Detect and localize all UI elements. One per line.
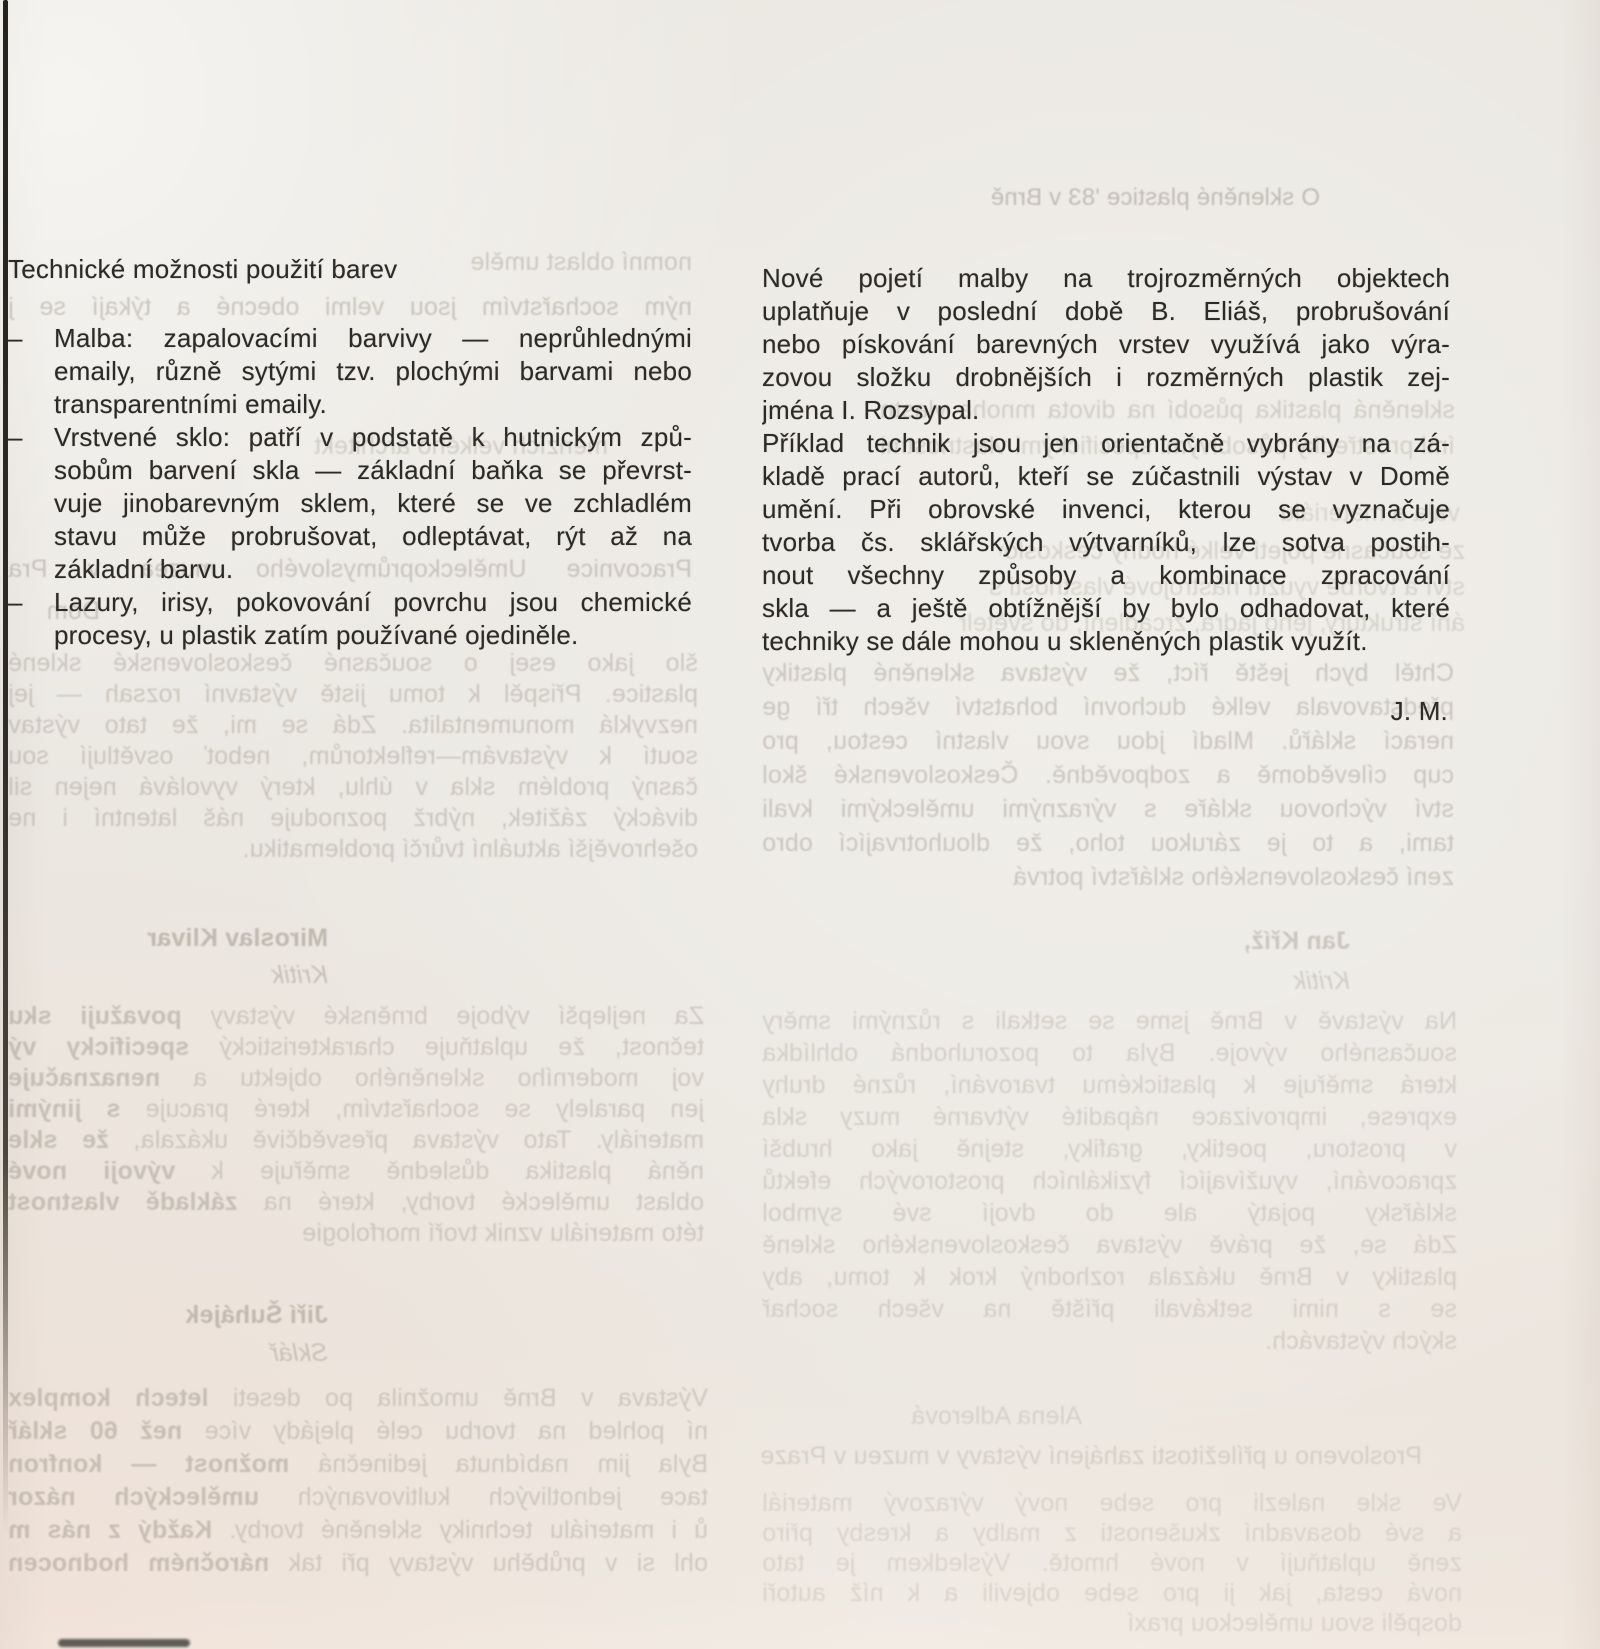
text-line: tace jednotlivých kultivovaných umělecký… [8, 1481, 708, 1514]
text-line: kladě prací autorů, kteří se zúčastnili … [762, 460, 1450, 493]
text-line: tvorba čs. sklářských výtvarníků, lze so… [762, 526, 1450, 559]
text-line: emaily, různě sytými tzv. plochými barva… [8, 355, 692, 388]
text-line: Na výstavě v Brně jsme se setkali s různ… [762, 1005, 1457, 1037]
text-line: zpracování, využívající fyzikálních pros… [762, 1165, 1457, 1197]
bleed-through-author: Jiří ŠuhájekSklář [8, 1296, 328, 1372]
text-line: ů i materiálu techniky skleněné tvorby. … [8, 1514, 708, 1547]
text-line: procesy, u plastik zatím používané ojedi… [8, 619, 692, 652]
text-line: Byla jim nabídnuta jedinečná možnost — k… [8, 1448, 708, 1481]
text-line: Prosloveno u příležitosti zahájení výsta… [762, 1440, 1422, 1472]
text-line: nová cesta, jak ji pro sebe objevili a k… [762, 1578, 1462, 1608]
text-line: nezvyklá monumentalita. Zdá se mi, že ta… [8, 710, 698, 741]
text-line: stavu může probrušovat, odleptávat, rýt … [8, 520, 692, 553]
text-line: Nové pojetí malby na trojrozměrných obje… [762, 262, 1450, 295]
author-initials: J. M. [762, 695, 1450, 728]
paragraph: Nové pojetí malby na trojrozměrných obje… [762, 262, 1450, 427]
text-line: oblast umělecké tvorby, které na základě… [8, 1187, 704, 1218]
bleed-through-paragraph: Ve skle nalezli pro sebe nový výrazový m… [762, 1488, 1462, 1638]
text-line: Sklář [8, 1334, 328, 1372]
text-line: nebo pískování barevných vrstev využívá … [762, 328, 1450, 361]
text-line: jen paralely se sochařstvím, které pracu… [8, 1094, 704, 1125]
text-line: skla — a ještě obtížnější by bylo odhado… [762, 592, 1450, 625]
text-line: v prostoru, poetiky, grafiky, stejně jak… [762, 1133, 1457, 1165]
text-line: voj moderního skleněného objektu a nenaz… [8, 1063, 704, 1094]
bleed-through-author: Alena Adlerová [762, 1400, 1082, 1432]
text-line: materiály. Tato výstava přesvědčivě ukáz… [8, 1125, 704, 1156]
bleed-through-author: Jan Kříž,Kritik [1130, 921, 1350, 1001]
text-line: šlo jako esej o současné československé … [8, 648, 698, 679]
text-line: plastice. Přispěl k tomu jistě výstavní … [8, 679, 698, 710]
text-line: a své dosavadní zkušenosti z malby a kre… [762, 1518, 1462, 1548]
text-line: Výstava v Brně umožnila po deseti letech… [8, 1382, 708, 1415]
bleed-through-heading: O skleněné plastice '83 v Brně [990, 183, 1320, 213]
text-line: –Malba: zapalovacími barvivy — neprůhled… [8, 322, 692, 355]
technique-list: –Malba: zapalovacími barvivy — neprůhled… [8, 322, 692, 652]
bleed-through-paragraph: Na výstavě v Brně jsme se setkali s různ… [762, 1005, 1457, 1357]
text-line: Příklad technik jsou jen orientačně vybr… [762, 427, 1450, 460]
text-line: techniky se dále mohou u skleněných plas… [762, 625, 1450, 658]
section-heading: Technické možnosti použití barev [8, 253, 692, 286]
text-line: divácký zážitek, nýbrž poznoduje náš lat… [8, 803, 698, 834]
bleed-through-paragraph: Výstava v Brně umožnila po deseti letech… [8, 1382, 708, 1580]
text-line: cup cílevědomě a zodpovědně. Českosloven… [762, 758, 1454, 792]
text-line: –Lazury, irisy, pokovování povrchu jsou … [8, 586, 692, 619]
bleed-through-note: Prosloveno u příležitosti zahájení výsta… [762, 1440, 1422, 1472]
text-line: jména I. Rozsypal. [762, 394, 1450, 427]
left-column: Technické možnosti použití barev –Malba:… [8, 253, 692, 652]
text-line: Alena Adlerová [762, 1400, 1082, 1432]
list-dash: – [8, 586, 23, 619]
scan-artifact [58, 1639, 190, 1647]
text-line: ošehrovější aktuální tvůrčí problematiku… [8, 834, 698, 865]
text-line: Kritik [8, 957, 328, 994]
text-line: tečnost, že uplatňuje charakteristický s… [8, 1032, 704, 1063]
text-line: umění. Při obrovské invenci, kterou se v… [762, 493, 1450, 526]
text-line: se s nimi setkávali příště na všech soch… [762, 1293, 1457, 1325]
text-line: ní pohled na tvorbu celé plejády více ne… [8, 1415, 708, 1448]
text-line: exprese, improvizace nápadité výtvarné m… [762, 1101, 1457, 1133]
list-item-malba: –Malba: zapalovacími barvivy — neprůhled… [8, 322, 692, 421]
text-line: základní barvu. [8, 553, 692, 586]
text-line: transparentními emaily. [8, 388, 692, 421]
text-line: současného vývoje. Byla to pozoruhodná o… [762, 1037, 1457, 1069]
text-line: něná plastika důsledně směřuje k vývoji … [8, 1156, 704, 1187]
list-item-vrstvene-sklo: –Vrstvené sklo: patří v podstatě k hutni… [8, 421, 692, 586]
text-line: ohl si v průběhu výstavy při tak náročné… [8, 1547, 708, 1580]
text-line: uplatňuje v poslední době B. Eliáš, prob… [762, 295, 1450, 328]
paragraph: Příklad technik jsou jen orientačně vybr… [762, 427, 1450, 658]
text-line: Kritik [1130, 961, 1350, 1001]
text-line: soutí k výstavám—reflektorům, neboť osvě… [8, 741, 698, 772]
text-line: dospěli svou uměleckou praxí [762, 1608, 1462, 1638]
right-column: Nové pojetí malby na trojrozměrných obje… [762, 262, 1450, 728]
scanned-book-page: O skleněné plastice '83 v Brně nomní obl… [0, 0, 1600, 1649]
text-line: vuje jinobarevným sklem, které se ve zch… [8, 487, 692, 520]
text-line: plastiky v Brně ukázala rozhodný krok k … [762, 1261, 1457, 1293]
list-dash: – [8, 421, 23, 454]
text-line: nout všechny způsoby a kombinace zpracov… [762, 559, 1450, 592]
text-line: Za nejlepší výboje brněnské výstavy pova… [8, 1001, 704, 1032]
text-line: zeně uplatňují v nové hmotě. Výsledkem j… [762, 1548, 1462, 1578]
text-line: sklářsky pojatý ale do dvojí své symbol [762, 1197, 1457, 1229]
text-line: Zdá se, že právě výstava československéh… [762, 1229, 1457, 1261]
text-line: která směřuje k plastickému tvarování, r… [762, 1069, 1457, 1101]
bleed-through-paragraph: šlo jako esej o současné československé … [8, 648, 698, 865]
text-line: O skleněné plastice '83 v Brně [990, 183, 1320, 213]
list-dash: – [8, 322, 23, 355]
text-line: zovou složku drobnějších i rozměrných pl… [762, 361, 1450, 394]
text-line: ských výstavách. [762, 1325, 1457, 1357]
text-line: ství výchovou skláře s výraznými uměleck… [762, 792, 1454, 826]
text-line: sobům barvení skla — základní baňka se p… [8, 454, 692, 487]
bleed-through-paragraph: Za nejlepší výboje brněnské výstavy pova… [8, 1001, 704, 1249]
text-line: Jan Kříž, [1130, 921, 1350, 961]
text-line: této materiálu vznik tvoří morfologie [8, 1218, 704, 1249]
text-line: Jiří Šuhájek [8, 1296, 328, 1334]
text-line: Ve skle nalezli pro sebe nový výrazový m… [762, 1488, 1462, 1518]
text-line: Miroslav Klivar [8, 920, 328, 957]
text-line: –Vrstvené sklo: patří v podstatě k hutni… [8, 421, 692, 454]
text-line: zení československého sklářství potrvá [762, 860, 1454, 894]
text-line: tami, a to je zárukou toho, že dlouhotrv… [762, 826, 1454, 860]
text-line: časný problém skla v úhlu, který vyvoláv… [8, 772, 698, 803]
list-item-lazury: –Lazury, irisy, pokovování povrchu jsou … [8, 586, 692, 652]
bleed-through-author: Miroslav KlivarKritik [8, 920, 328, 994]
text-line: nerací sklářů. Mladí jdou svou vlastní c… [762, 724, 1454, 758]
